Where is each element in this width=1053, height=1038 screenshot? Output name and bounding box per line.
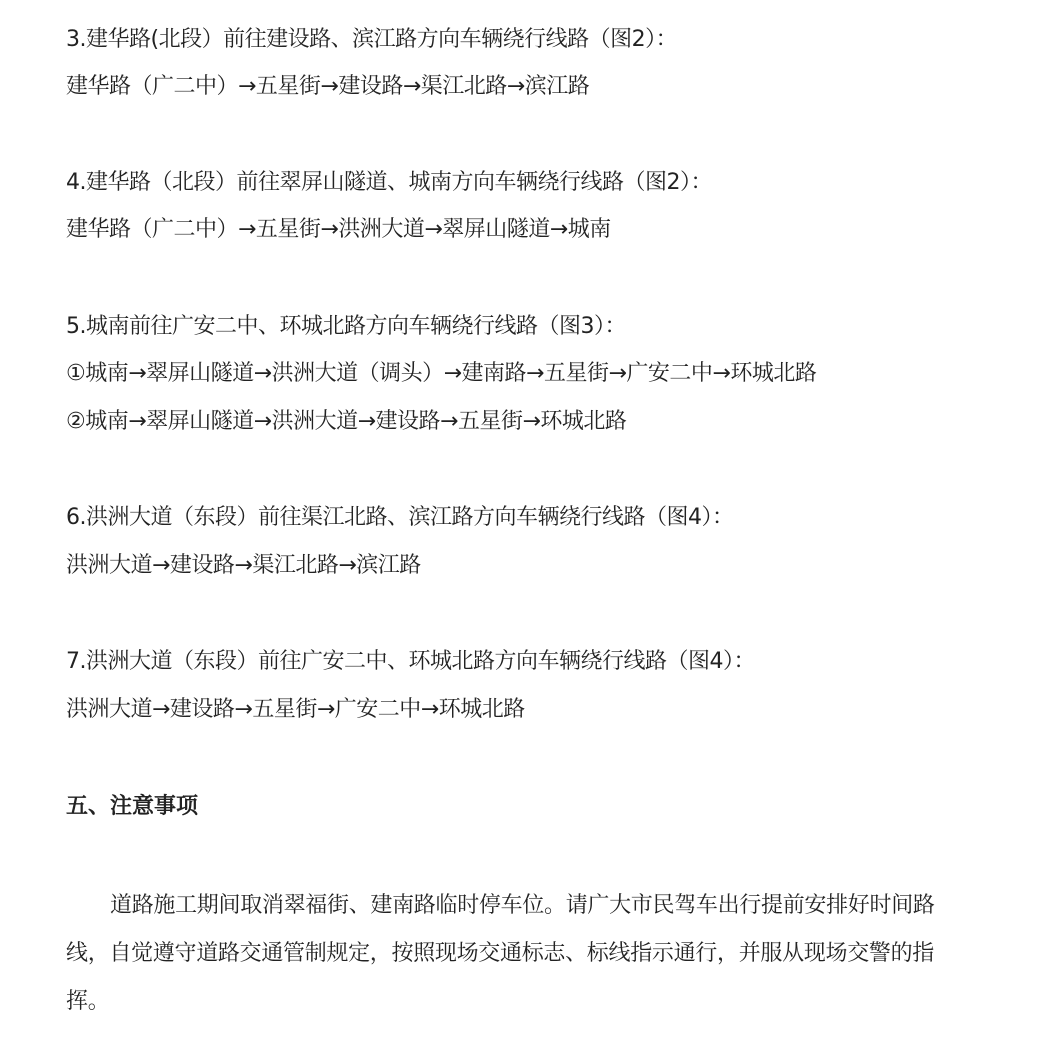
section-6-route: 洪洲大道→建设路→渠江北路→滨江路 bbox=[66, 551, 421, 581]
notice-paragraph-line-1: 道路施工期间取消翠福街、建南路临时停车位。请广大市民驾车出行提前安排好时间路 bbox=[110, 891, 935, 921]
section-3-route: 建华路（广二中）→五星街→建设路→渠江北路→滨江路 bbox=[66, 72, 589, 102]
section-7-title: 7.洪洲大道（东段）前往广安二中、环城北路方向车辆绕行线路（图4）： bbox=[66, 647, 755, 677]
section-5-title: 5.城南前往广安二中、环城北路方向车辆绕行线路（图3）： bbox=[66, 312, 626, 342]
section-4-title: 4.建华路（北段）前往翠屏山隧道、城南方向车辆绕行线路（图2）： bbox=[66, 168, 712, 198]
notice-paragraph-line-3: 挥。 bbox=[66, 987, 109, 1017]
notice-heading: 五、注意事项 bbox=[66, 792, 198, 822]
section-7-route: 洪洲大道→建设路→五星街→广安二中→环城北路 bbox=[66, 695, 525, 725]
section-5-route-2: ②城南→翠屏山隧道→洪洲大道→建设路→五星街→环城北路 bbox=[66, 407, 626, 437]
section-4-route: 建华路（广二中）→五星街→洪洲大道→翠屏山隧道→城南 bbox=[66, 215, 611, 245]
article-body: 3.建华路(北段）前往建设路、滨江路方向车辆绕行线路（图2）： 建华路（广二中）… bbox=[0, 0, 1053, 1038]
section-6-title: 6.洪洲大道（东段）前往渠江北路、滨江路方向车辆绕行线路（图4）： bbox=[66, 503, 734, 533]
section-3-title: 3.建华路(北段）前往建设路、滨江路方向车辆绕行线路（图2）： bbox=[66, 25, 677, 55]
section-5-route-1: ①城南→翠屏山隧道→洪洲大道（调头）→建南路→五星街→广安二中→环城北路 bbox=[66, 359, 816, 389]
notice-paragraph-line-2: 线，自觉遵守道路交通管制规定，按照现场交通标志、标线指示通行，并服从现场交警的指 bbox=[66, 939, 934, 969]
